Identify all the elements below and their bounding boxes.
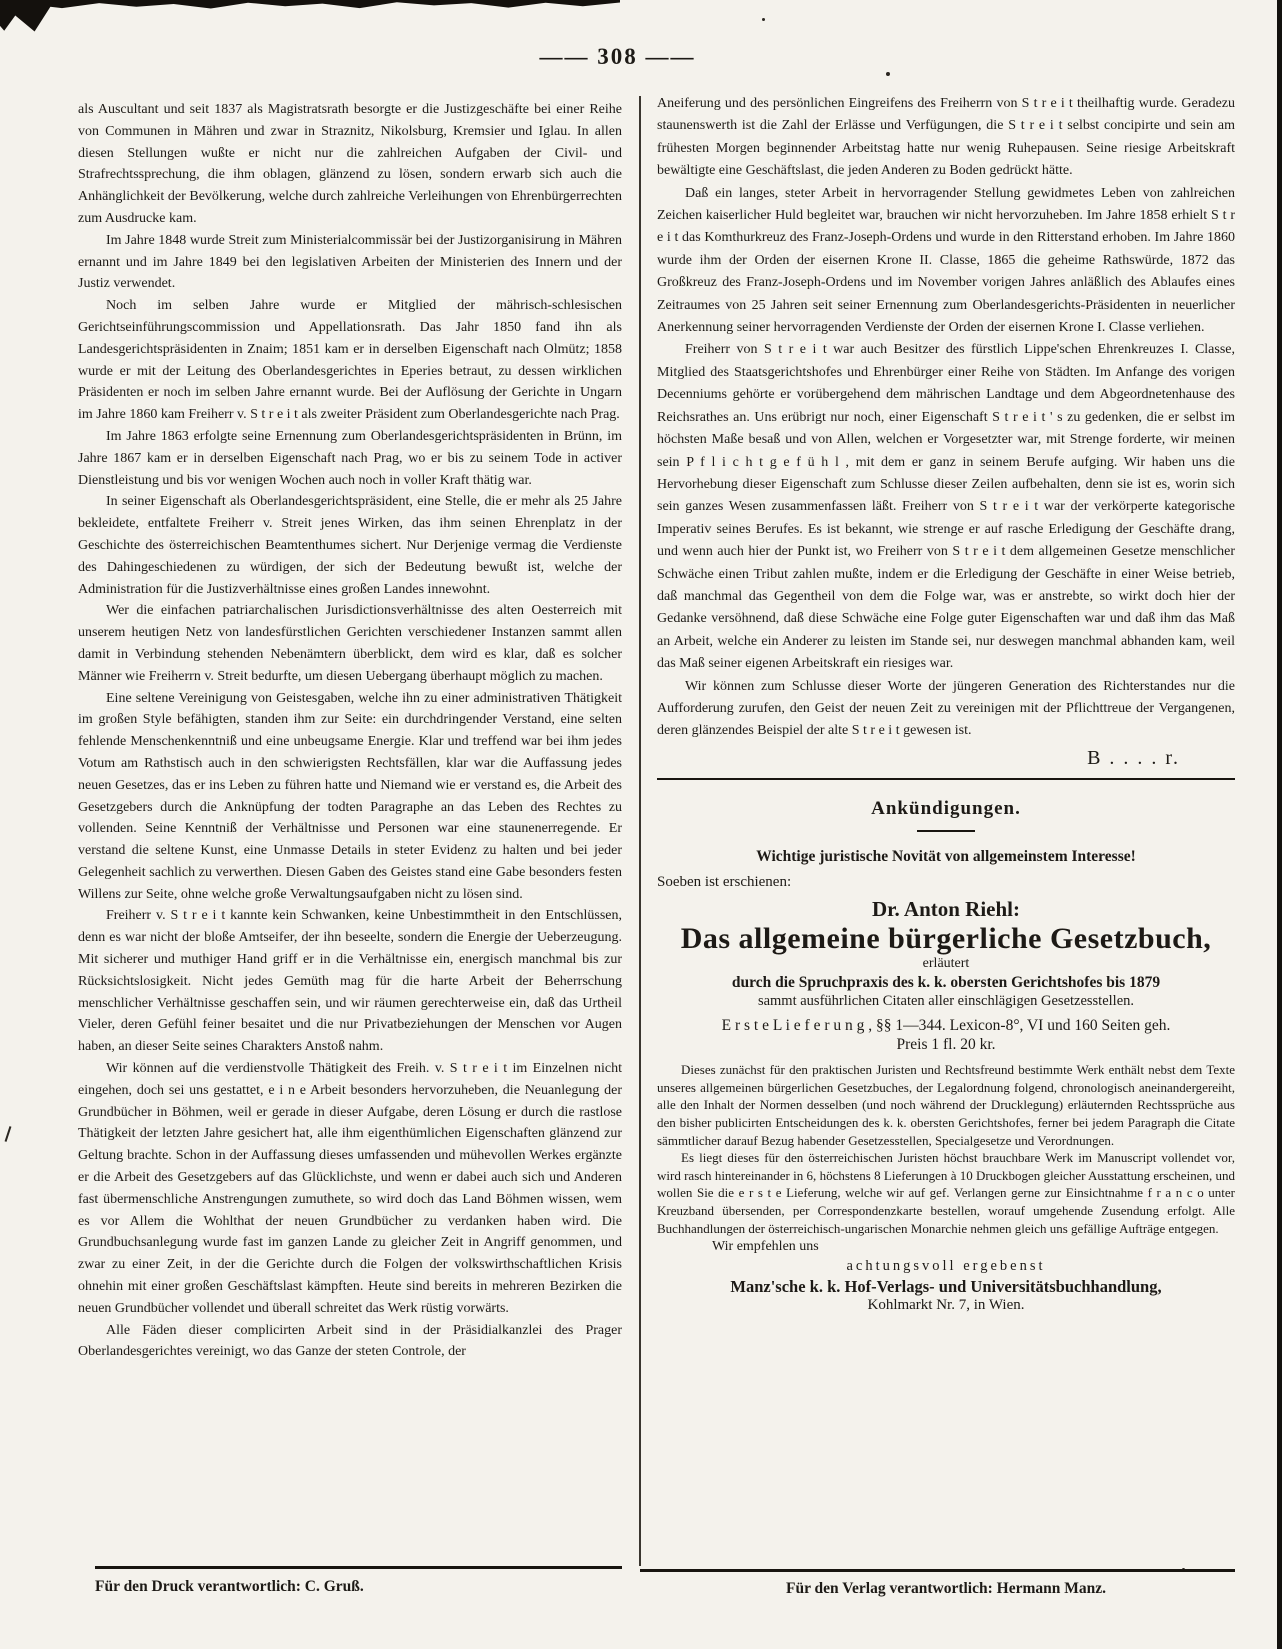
book-subtitle-3: sammt ausführlichen Citaten aller einsch… [657, 993, 1235, 1010]
article-paragraph: Aneiferung und des persönlichen Eingreif… [657, 93, 1235, 183]
advert-body: Dieses zunächst für den praktischen Juri… [657, 1061, 1235, 1237]
ink-speck [762, 18, 765, 21]
announcements-heading: Ankündigungen. [657, 798, 1235, 820]
book-subtitle-2: durch die Spruchpraxis des k. k. oberste… [657, 974, 1235, 992]
advert-paragraph: Dieses zunächst für den praktischen Juri… [657, 1061, 1235, 1149]
article-paragraph: Im Jahre 1863 erfolgte seine Ernennung z… [78, 426, 622, 491]
left-column: als Auscultant und seit 1837 als Magistr… [78, 99, 622, 1363]
right-column: Aneiferung und des persönlichen Eingreif… [657, 93, 1235, 1314]
footer-rule-left [95, 1566, 622, 1569]
article-paragraph: als Auscultant und seit 1837 als Magistr… [78, 99, 622, 230]
article-paragraph: Alle Fäden dieser complicirten Arbeit si… [78, 1320, 622, 1364]
advert-closing: Wir empfehlen uns [657, 1239, 1235, 1255]
advert-paragraph: Es liegt dieses für den österreichischen… [657, 1149, 1235, 1237]
newspaper-page: —— 308 —— als Auscultant und seit 1837 a… [0, 0, 1282, 1649]
article-paragraph: Wir können auf die verdienstvolle Thätig… [78, 1058, 622, 1320]
article-paragraph: Daß ein langes, steter Arbeit in hervorr… [657, 183, 1235, 340]
advert-respectfully: achtungsvoll ergebenst [657, 1258, 1235, 1275]
price-line: Preis 1 fl. 20 kr. [657, 1036, 1235, 1054]
ink-speck [886, 72, 890, 76]
publisher-responsibility-imprint: Für den Verlag verantwortlich: Hermann M… [657, 1580, 1235, 1598]
footer-rule-right [640, 1569, 1235, 1572]
edition-line: E r s t e L i e f e r u n g , §§ 1—344. … [657, 1017, 1235, 1035]
author-signature: B . . . . r. [657, 747, 1235, 770]
column-divider-rule [639, 96, 641, 1566]
publisher-name: Manz'sche k. k. Hof-Verlags- und Univers… [657, 1277, 1235, 1297]
page-number: —— 308 —— [0, 44, 1235, 70]
article-continuation: Aneiferung und des persönlichen Eingreif… [657, 93, 1235, 743]
article-paragraph: Freiherr von S t r e i t war auch Besitz… [657, 339, 1235, 675]
book-subtitle-1: erläutert [657, 956, 1235, 972]
article-paragraph: Wer die einfachen patriarchalischen Juri… [78, 600, 622, 687]
ink-mark [5, 1126, 12, 1142]
book-title: Das allgemeine bürgerliche Gesetzbuch, [657, 922, 1235, 956]
publisher-address: Kohlmarkt Nr. 7, in Wien. [657, 1297, 1235, 1314]
advert-lead-line: Wichtige juristische Novität von allgeme… [657, 848, 1235, 866]
article-paragraph: Im Jahre 1848 wurde Streit zum Ministeri… [78, 230, 622, 295]
heading-underline-rule [917, 830, 975, 832]
section-divider-rule [657, 778, 1235, 781]
advert-just-published: Soeben ist erschienen: [657, 874, 1235, 891]
scan-edge-artifact-top [0, 0, 620, 9]
book-author: Dr. Anton Riehl: [657, 897, 1235, 922]
article-paragraph: Eine seltene Vereinigung von Geistesgabe… [78, 688, 622, 906]
article-paragraph: Freiherr v. S t r e i t kannte kein Schw… [78, 905, 622, 1058]
scan-edge-artifact-right [1277, 0, 1282, 1649]
print-responsibility-imprint: Für den Druck verantwortlich: C. Gruß. [95, 1578, 364, 1596]
article-paragraph: Noch im selben Jahre wurde er Mitglied d… [78, 295, 622, 426]
article-paragraph: In seiner Eigenschaft als Oberlandesgeri… [78, 491, 622, 600]
article-paragraph: Wir können zum Schlusse dieser Worte der… [657, 676, 1235, 743]
announcements-section: Ankündigungen. Wichtige juristische Novi… [657, 798, 1235, 1314]
